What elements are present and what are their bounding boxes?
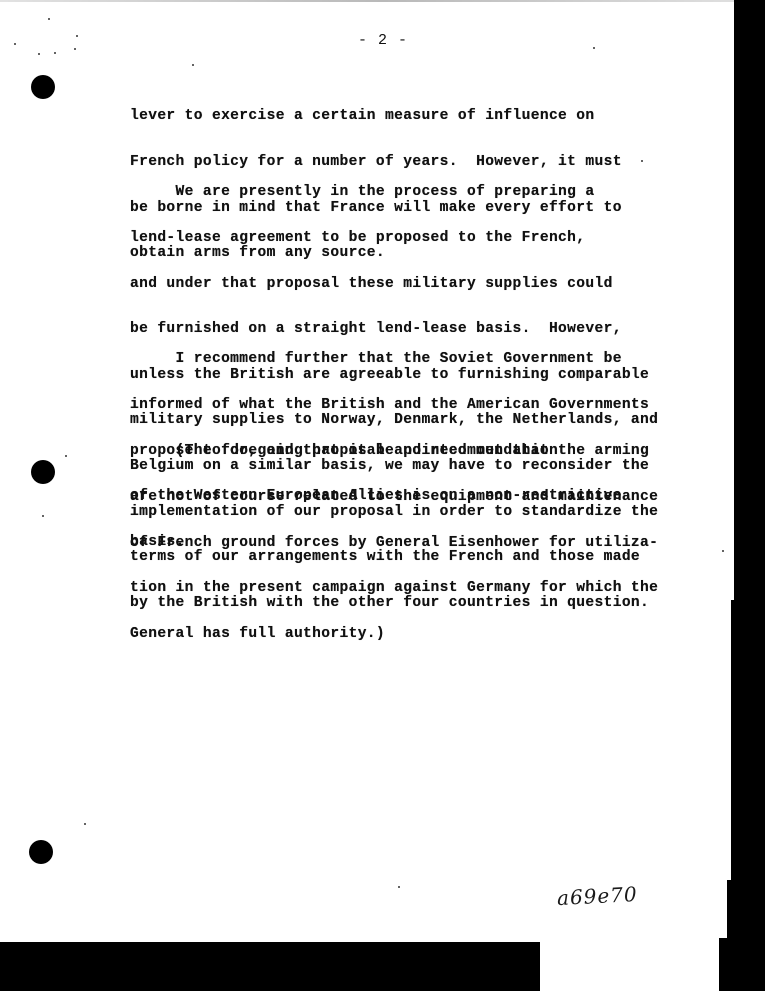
right-scan-border xyxy=(734,0,765,600)
scan-speck xyxy=(593,47,595,49)
scan-speck xyxy=(38,53,40,55)
text-line: and under that proposal these military s… xyxy=(130,277,658,292)
page-number: - 2 - xyxy=(358,32,408,49)
scan-speck xyxy=(74,48,76,50)
scan-speck xyxy=(192,64,194,66)
text-line: are not of course related to the equipme… xyxy=(130,490,658,505)
text-line: (The foregoing proposal and recommendati… xyxy=(130,444,658,459)
scan-speck xyxy=(84,823,86,825)
scan-speck xyxy=(65,455,67,457)
bottom-scan-border xyxy=(0,942,540,991)
right-scan-border xyxy=(719,938,765,991)
text-line: We are presently in the process of prepa… xyxy=(130,185,658,200)
scanned-document-page: - 2 - lever to exercise a certain measur… xyxy=(0,0,765,991)
hole-punch-bottom xyxy=(29,840,53,864)
text-line: of French ground forces by General Eisen… xyxy=(130,536,658,551)
hole-punch-middle xyxy=(31,460,55,484)
paragraph-eisenhower-note: (The foregoing proposal and recommendati… xyxy=(130,414,658,672)
top-scan-edge xyxy=(0,0,765,2)
hole-punch-top xyxy=(31,75,55,99)
text-line: informed of what the British and the Ame… xyxy=(130,398,649,413)
handwritten-annotation: a69e70 xyxy=(556,882,638,910)
scan-speck xyxy=(76,35,78,37)
right-scan-border xyxy=(731,600,765,880)
text-line: I recommend further that the Soviet Gove… xyxy=(130,352,649,367)
scan-speck xyxy=(42,515,44,517)
scan-speck xyxy=(14,43,16,45)
scan-speck xyxy=(54,52,56,54)
text-line: General has full authority.) xyxy=(130,627,658,642)
text-line: lever to exercise a certain measure of i… xyxy=(130,109,622,124)
scan-speck xyxy=(398,886,400,888)
text-line: tion in the present campaign against Ger… xyxy=(130,581,658,596)
text-line: lend-lease agreement to be proposed to t… xyxy=(130,231,658,246)
right-scan-border xyxy=(727,880,765,938)
scan-speck xyxy=(722,550,724,552)
scan-speck xyxy=(48,18,50,20)
